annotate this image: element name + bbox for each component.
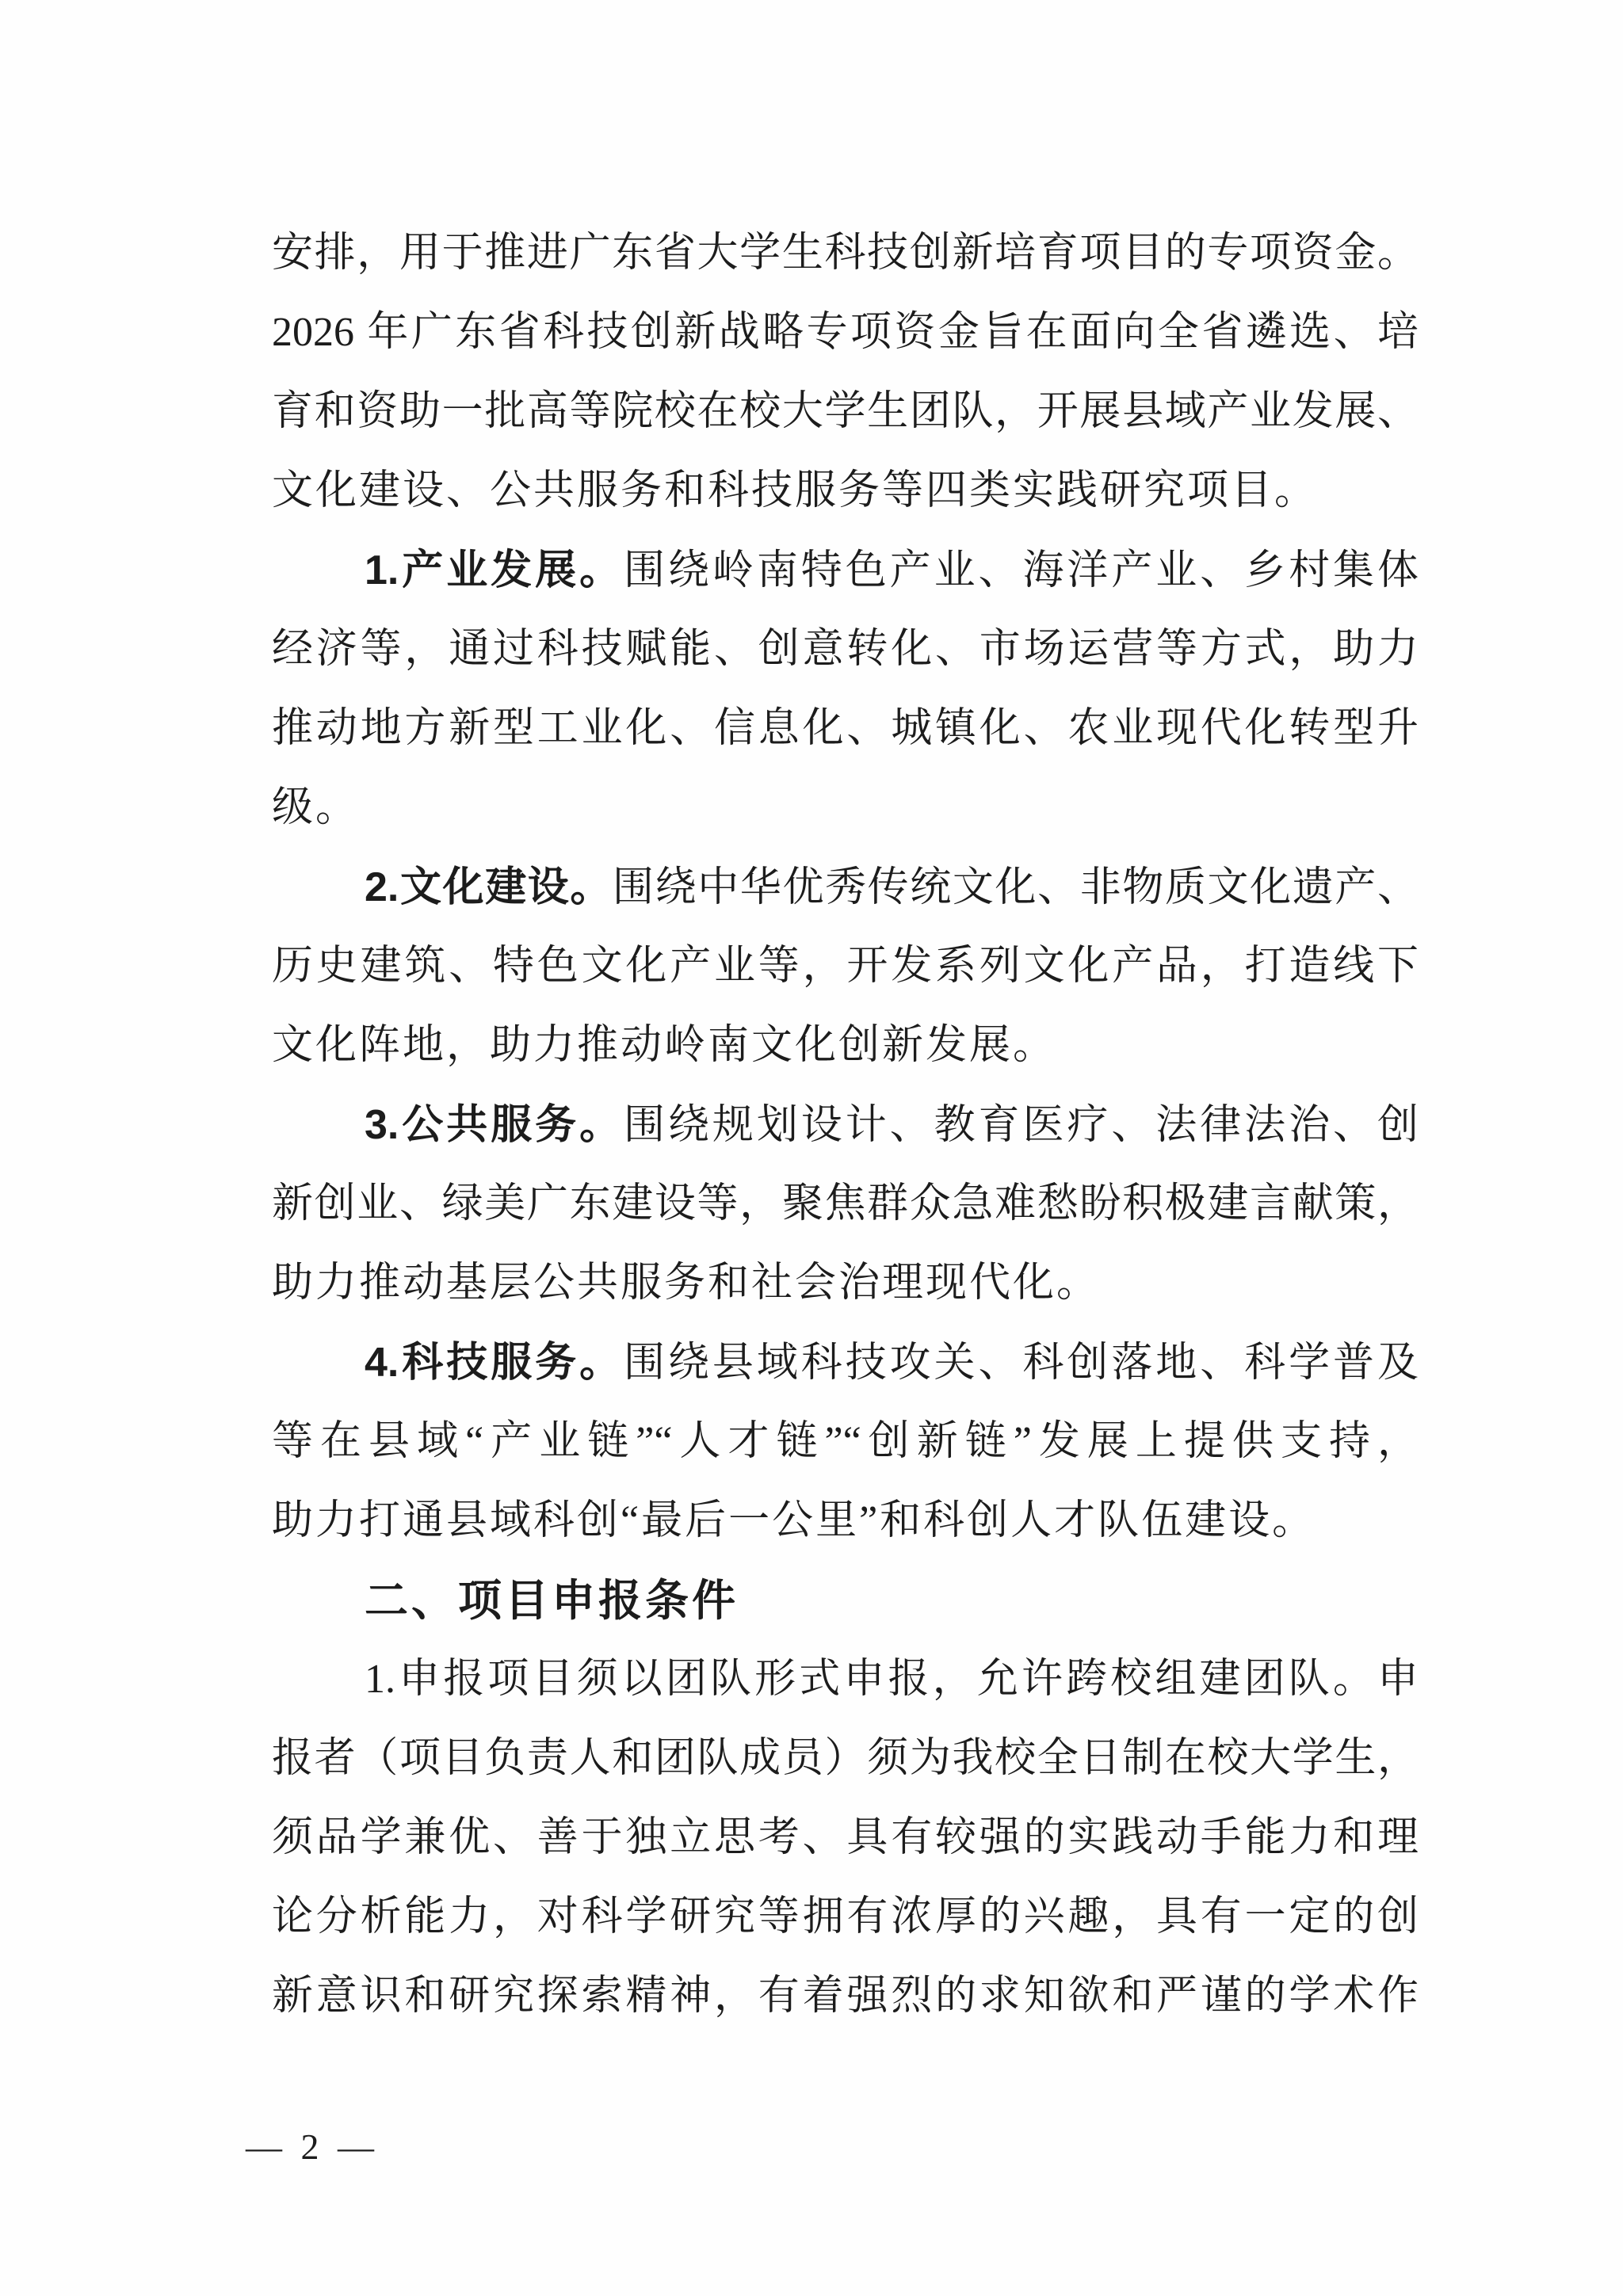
line-text: 助力推动基层公共服务和社会治理现代化。 [272, 1261, 1100, 1306]
line-text: 围绕岭南特色产业、海洋产业、乡村集体 [624, 548, 1419, 593]
line-text: 1.申报项目须以团队形式申报，允许跨校组建团队。申 [365, 1657, 1419, 1702]
text-line: 文化建设、公共服务和科技服务等四类实践研究项目。 [272, 452, 1419, 531]
line-text: 须品学兼优、善于独立思考、具有较强的实践动手能力和理 [272, 1815, 1419, 1860]
text-line: 助力推动基层公共服务和社会治理现代化。 [272, 1244, 1419, 1323]
text-line: 等在县域“产业链”“人才链”“创新链”发展上提供支持， [272, 1402, 1419, 1482]
text-line: 文化阵地，助力推动岭南文化创新发展。 [272, 1006, 1419, 1085]
line-text: 文化建设、公共服务和科技服务等四类实践研究项目。 [272, 468, 1318, 513]
text-line: 4.科技服务。围绕县域科技攻关、科创落地、科学普及 [272, 1323, 1419, 1402]
line-text: 等在县域“产业链”“人才链”“创新链”发展上提供支持， [272, 1419, 1419, 1464]
document-page: 安排，用于推进广东省大学生科技创新培育项目的专项资金。2026 年广东省科技创新… [0, 0, 1623, 2296]
text-line: 级。 [272, 769, 1419, 848]
line-text: 报者（项目负责人和团队成员）须为我校全日制在校大学生， [272, 1736, 1419, 1781]
text-line: 助力打通县域科创“最后一公里”和科创人才队伍建设。 [272, 1482, 1419, 1561]
text-line: 1.产业发展。围绕岭南特色产业、海洋产业、乡村集体 [272, 531, 1419, 610]
line-text: 历史建筑、特色文化产业等，开发系列文化产品，打造线下 [272, 944, 1419, 989]
line-bold-prefix: 2.文化建设。 [365, 864, 613, 910]
text-line: 须品学兼优、善于独立思考、具有较强的实践动手能力和理 [272, 1798, 1419, 1878]
line-bold-prefix: 1.产业发展。 [365, 547, 624, 593]
line-text: 围绕县域科技攻关、科创落地、科学普及 [624, 1341, 1419, 1386]
line-text: 经济等，通过科技赋能、创意转化、市场运营等方式，助力 [272, 627, 1419, 672]
text-line: 1.申报项目须以团队形式申报，允许跨校组建团队。申 [272, 1640, 1419, 1719]
text-line: 新创业、绿美广东建设等，聚焦群众急难愁盼积极建言献策， [272, 1165, 1419, 1244]
text-line: 经济等，通过科技赋能、创意转化、市场运营等方式，助力 [272, 610, 1419, 689]
line-text: 论分析能力，对科学研究等拥有浓厚的兴趣，具有一定的创 [272, 1894, 1419, 1939]
text-line: 2.文化建设。围绕中华优秀传统文化、非物质文化遗产、 [272, 848, 1419, 927]
line-bold-prefix: 4.科技服务。 [365, 1340, 624, 1386]
text-line: 新意识和研究探索精神，有着强烈的求知欲和严谨的学术作 [272, 1957, 1419, 2036]
text-line: 3.公共服务。围绕规划设计、教育医疗、法律法治、创 [272, 1085, 1419, 1165]
text-line: 历史建筑、特色文化产业等，开发系列文化产品，打造线下 [272, 927, 1419, 1006]
text-line: 育和资助一批高等院校在校大学生团队，开展县域产业发展、 [272, 372, 1419, 452]
line-bold-prefix: 3.公共服务。 [365, 1102, 624, 1148]
line-text: 围绕规划设计、教育医疗、法律法治、创 [624, 1103, 1419, 1148]
line-text: 二、项目申报条件 [365, 1576, 739, 1625]
line-text: 新意识和研究探索精神，有着强烈的求知欲和严谨的学术作 [272, 1974, 1419, 2019]
line-text: 推动地方新型工业化、信息化、城镇化、农业现代化转型升 [272, 706, 1419, 751]
line-text: 育和资助一批高等院校在校大学生团队，开展县域产业发展、 [272, 389, 1419, 434]
line-text: 助力打通县域科创“最后一公里”和科创人才队伍建设。 [272, 1498, 1316, 1543]
text-line: 报者（项目负责人和团队成员）须为我校全日制在校大学生， [272, 1719, 1419, 1798]
line-text: 安排，用于推进广东省大学生科技创新培育项目的专项资金。 [272, 231, 1419, 276]
line-text: 新创业、绿美广东建设等，聚焦群众急难愁盼积极建言献策， [272, 1181, 1419, 1226]
section-heading: 二、项目申报条件 [272, 1561, 1419, 1640]
line-text: 2026 年广东省科技创新战略专项资金旨在面向全省遴选、培 [272, 310, 1419, 355]
document-body: 安排，用于推进广东省大学生科技创新培育项目的专项资金。2026 年广东省科技创新… [272, 214, 1419, 2036]
text-line: 2026 年广东省科技创新战略专项资金旨在面向全省遴选、培 [272, 293, 1419, 372]
line-text: 围绕中华优秀传统文化、非物质文化遗产、 [613, 865, 1419, 910]
text-line: 推动地方新型工业化、信息化、城镇化、农业现代化转型升 [272, 689, 1419, 769]
page-number: — 2 — [246, 2107, 379, 2187]
line-text: 文化阵地，助力推动岭南文化创新发展。 [272, 1023, 1056, 1068]
line-text: 级。 [272, 785, 359, 830]
text-line: 安排，用于推进广东省大学生科技创新培育项目的专项资金。 [272, 214, 1419, 293]
text-line: 论分析能力，对科学研究等拥有浓厚的兴趣，具有一定的创 [272, 1878, 1419, 1957]
